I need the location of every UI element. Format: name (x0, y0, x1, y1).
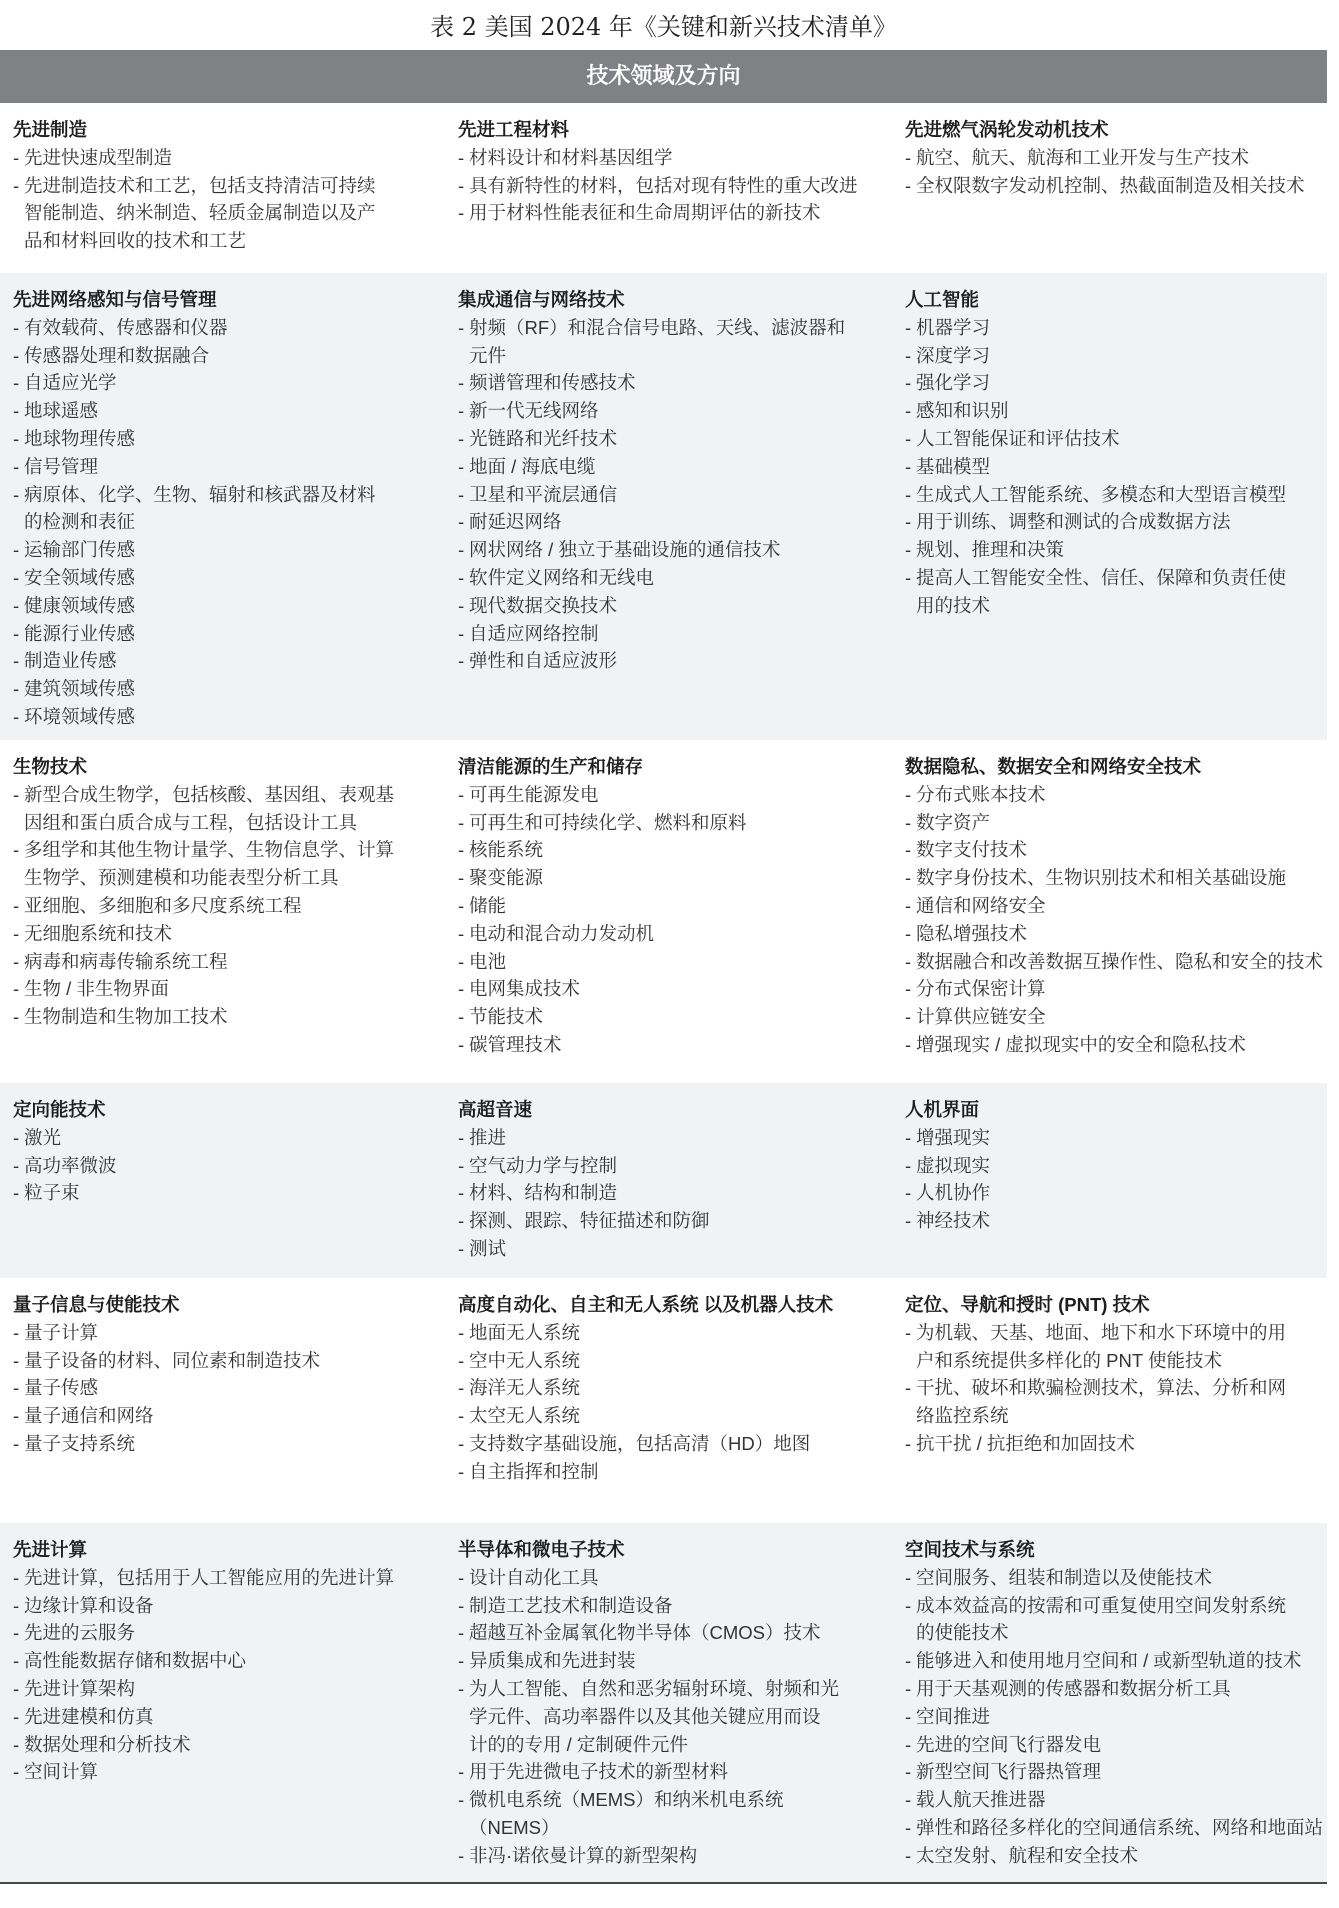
bullet-dash: - (13, 453, 24, 481)
technology-item: -为人工智能、自然和恶劣辐射环境、射频和光 学元件、高功率器件以及其他关键应用而… (458, 1675, 839, 1758)
technology-item-text: 环境领域传感 (24, 703, 135, 731)
table-row: 先进网络感知与信号管理-有效载荷、传感器和仪器-传感器处理和数据融合-自适应光学… (0, 273, 1327, 740)
technology-item: -射频（RF）和混合信号电路、天线、滤波器和 元件 (458, 314, 845, 370)
technology-item: -空中无人系统 (458, 1347, 833, 1375)
technology-item: -推进 (458, 1124, 710, 1152)
bullet-dash: - (905, 369, 916, 397)
technology-item-text: 先进制造技术和工艺，包括支持清洁可持续 智能制造、纳米制造、轻质金属制造以及产 … (24, 172, 376, 255)
technology-item-text: 高功率微波 (24, 1152, 117, 1180)
technology-item-text: 隐私增强技术 (916, 920, 1027, 948)
technology-item: -规划、推理和决策 (905, 536, 1286, 564)
technology-item: -用于天基观测的传感器和数据分析工具 (905, 1675, 1323, 1703)
technology-item-text: 碳管理技术 (469, 1031, 562, 1059)
technology-item-text: 健康领域传感 (24, 592, 135, 620)
bullet-dash: - (905, 1675, 916, 1703)
bullet-dash: - (905, 1814, 916, 1842)
technology-item: -异质集成和先进封装 (458, 1647, 839, 1675)
technology-item-text: 空间推进 (916, 1703, 990, 1731)
technology-item: -数字资产 (905, 809, 1323, 837)
technology-item-text: 无细胞系统和技术 (24, 920, 172, 948)
technology-item-text: 数字身份技术、生物识别技术和相关基础设施 (916, 864, 1286, 892)
bullet-dash: - (13, 1675, 24, 1703)
technology-item-text: 空中无人系统 (469, 1347, 580, 1375)
technology-item-text: 储能 (469, 892, 506, 920)
technology-item-text: 量子通信和网络 (24, 1402, 154, 1430)
bullet-dash: - (13, 1731, 24, 1759)
technology-item-text: 具有新特性的材料，包括对现有特性的重大改进 (469, 172, 858, 200)
technology-item-text: 能源行业传感 (24, 620, 135, 648)
technology-item: -地面 / 海底电缆 (458, 453, 845, 481)
table-header-label: 技术领域及方向 (586, 64, 740, 89)
technology-item: -海洋无人系统 (458, 1374, 833, 1402)
bullet-dash: - (13, 975, 24, 1003)
technology-item-text: 数据融合和改善数据互操作性、隐私和安全的技术 (916, 948, 1323, 976)
table-row: 生物技术-新型合成生物学，包括核酸、基因组、表观基 因组和蛋白质合成与工程，包括… (0, 740, 1327, 1083)
table-row: 先进计算-先进计算，包括用于人工智能应用的先进计算-边缘计算和设备-先进的云服务… (0, 1523, 1327, 1882)
technology-item-text: 为机载、天基、地面、地下和水下环境中的用 户和系统提供多样化的 PNT 使能技术 (916, 1319, 1286, 1375)
bullet-dash: - (458, 864, 469, 892)
bullet-dash: - (458, 369, 469, 397)
technology-item-text: 微机电系统（MEMS）和纳米机电系统 （NEMS） (469, 1786, 784, 1842)
technology-item-text: 地球物理传感 (24, 425, 135, 453)
technology-item: -感知和识别 (905, 397, 1286, 425)
category-cell: 量子信息与使能技术-量子计算-量子设备的材料、同位素和制造技术-量子传感-量子通… (13, 1291, 320, 1458)
technology-item: -支持数字基础设施，包括高清（HD）地图 (458, 1430, 833, 1458)
technology-item-text: 地面无人系统 (469, 1319, 580, 1347)
bullet-dash: - (13, 314, 24, 342)
technology-item: -新一代无线网络 (458, 397, 845, 425)
technology-item-text: 增强现实 (916, 1124, 990, 1152)
technology-item: -能源行业传感 (13, 620, 376, 648)
bullet-dash: - (458, 836, 469, 864)
technology-item-text: 地面 / 海底电缆 (469, 453, 595, 481)
category-title: 定向能技术 (13, 1096, 117, 1124)
bullet-dash: - (458, 397, 469, 425)
technology-item: -新型空间飞行器热管理 (905, 1758, 1323, 1786)
bullet-dash: - (13, 836, 24, 864)
technology-item-text: 安全领域传感 (24, 564, 135, 592)
technology-item-text: 生成式人工智能系统、多模态和大型语言模型 (916, 481, 1286, 509)
category-title: 先进计算 (13, 1536, 394, 1564)
bullet-dash: - (13, 369, 24, 397)
technology-item: -节能技术 (458, 1003, 747, 1031)
bullet-dash: - (13, 1758, 24, 1786)
technology-item: -软件定义网络和无线电 (458, 564, 845, 592)
technology-item-text: 提高人工智能安全性、信任、保障和负责任使 用的技术 (916, 564, 1286, 620)
bullet-dash: - (905, 1842, 916, 1870)
technology-item: -弹性和路径多样化的空间通信系统、网络和地面站 (905, 1814, 1323, 1842)
technology-item: -高功率微波 (13, 1152, 117, 1180)
technology-item: -数据融合和改善数据互操作性、隐私和安全的技术 (905, 948, 1323, 976)
bullet-dash: - (458, 1319, 469, 1347)
technology-item-text: 探测、跟踪、特征描述和防御 (469, 1207, 710, 1235)
technology-item: -新型合成生物学，包括核酸、基因组、表观基 因组和蛋白质合成与工程，包括设计工具 (13, 781, 394, 837)
bullet-dash: - (905, 1731, 916, 1759)
technology-item-text: 海洋无人系统 (469, 1374, 580, 1402)
bullet-dash: - (458, 1592, 469, 1620)
table-caption: 表 2 美国 2024 年《关键和新兴技术清单》 (0, 10, 1327, 44)
bullet-dash: - (13, 781, 24, 809)
category-cell: 先进网络感知与信号管理-有效载荷、传感器和仪器-传感器处理和数据融合-自适应光学… (13, 286, 376, 731)
technology-item: -增强现实 (905, 1124, 990, 1152)
bullet-dash: - (13, 342, 24, 370)
category-title: 清洁能源的生产和储存 (458, 753, 747, 781)
bullet-dash: - (458, 1207, 469, 1235)
technology-item-text: 卫星和平流层通信 (469, 481, 617, 509)
bullet-dash: - (458, 481, 469, 509)
technology-item: -深度学习 (905, 342, 1286, 370)
technology-item: -为机载、天基、地面、地下和水下环境中的用 户和系统提供多样化的 PNT 使能技… (905, 1319, 1286, 1375)
category-title: 集成通信与网络技术 (458, 286, 845, 314)
technology-item: -生物制造和生物加工技术 (13, 1003, 394, 1031)
technology-item-text: 航空、航天、航海和工业开发与生产技术 (916, 144, 1249, 172)
technology-item: -量子设备的材料、同位素和制造技术 (13, 1347, 320, 1375)
category-title: 定位、导航和授时 (PNT) 技术 (905, 1291, 1286, 1319)
technology-item-text: 深度学习 (916, 342, 990, 370)
technology-item: -电池 (458, 948, 747, 976)
technology-item: -有效载荷、传感器和仪器 (13, 314, 376, 342)
bullet-dash: - (905, 397, 916, 425)
technology-item: -先进计算架构 (13, 1675, 394, 1703)
bullet-dash: - (13, 425, 24, 453)
technology-item-text: 耐延迟网络 (469, 508, 562, 536)
bullet-dash: - (458, 1458, 469, 1486)
bullet-dash: - (458, 781, 469, 809)
technology-item-text: 空间服务、组装和制造以及使能技术 (916, 1564, 1212, 1592)
technology-item: -病原体、化学、生物、辐射和核武器及材料 的检测和表征 (13, 481, 376, 537)
category-title: 先进工程材料 (458, 116, 858, 144)
technology-item-text: 聚变能源 (469, 864, 543, 892)
technology-item: -网状网络 / 独立于基础设施的通信技术 (458, 536, 845, 564)
technology-item: -人工智能保证和评估技术 (905, 425, 1286, 453)
bullet-dash: - (13, 1592, 24, 1620)
technology-item: -载人航天推进器 (905, 1786, 1323, 1814)
technology-item: -运输部门传感 (13, 536, 376, 564)
bullet-dash: - (905, 975, 916, 1003)
technology-item-text: 节能技术 (469, 1003, 543, 1031)
technology-item-text: 先进计算，包括用于人工智能应用的先进计算 (24, 1564, 394, 1592)
technology-item-text: 数字支付技术 (916, 836, 1027, 864)
technology-item-text: 高性能数据存储和数据中心 (24, 1647, 246, 1675)
technology-item: -量子通信和网络 (13, 1402, 320, 1430)
technology-item: -制造工艺技术和制造设备 (458, 1592, 839, 1620)
technology-item-text: 生物制造和生物加工技术 (24, 1003, 228, 1031)
technology-item-text: 自主指挥和控制 (469, 1458, 599, 1486)
technology-item: -探测、跟踪、特征描述和防御 (458, 1207, 710, 1235)
bullet-dash: - (905, 342, 916, 370)
technology-item-text: 弹性和路径多样化的空间通信系统、网络和地面站 (916, 1814, 1323, 1842)
table-bottom-rule (0, 1882, 1327, 1884)
bullet-dash: - (13, 1430, 24, 1458)
bullet-dash: - (905, 1207, 916, 1235)
bullet-dash: - (13, 1152, 24, 1180)
bullet-dash: - (905, 809, 916, 837)
bullet-dash: - (458, 647, 469, 675)
technology-item: -测试 (458, 1235, 710, 1263)
technology-item-text: 有效载荷、传感器和仪器 (24, 314, 228, 342)
technology-item: -粒子束 (13, 1179, 117, 1207)
bullet-dash: - (458, 948, 469, 976)
bullet-dash: - (458, 453, 469, 481)
bullet-dash: - (458, 1675, 469, 1703)
table-row: 量子信息与使能技术-量子计算-量子设备的材料、同位素和制造技术-量子传感-量子通… (0, 1278, 1327, 1523)
technology-item-text: 人工智能保证和评估技术 (916, 425, 1120, 453)
technology-item: -通信和网络安全 (905, 892, 1323, 920)
category-title: 人工智能 (905, 286, 1286, 314)
technology-item-text: 量子计算 (24, 1319, 98, 1347)
technology-item: -先进建模和仿真 (13, 1703, 394, 1731)
technology-item: -先进的空间飞行器发电 (905, 1731, 1323, 1759)
technology-item-text: 制造业传感 (24, 647, 117, 675)
category-title: 空间技术与系统 (905, 1536, 1323, 1564)
bullet-dash: - (458, 1402, 469, 1430)
technology-item: -核能系统 (458, 836, 747, 864)
technology-item: -材料、结构和制造 (458, 1179, 710, 1207)
technology-item-text: 支持数字基础设施，包括高清（HD）地图 (469, 1430, 810, 1458)
technology-item: -多组学和其他生物计量学、生物信息学、计算 生物学、预测建模和功能表型分析工具 (13, 836, 394, 892)
category-cell: 高超音速-推进-空气动力学与控制-材料、结构和制造-探测、跟踪、特征描述和防御-… (458, 1096, 710, 1263)
technology-item-text: 生物 / 非生物界面 (24, 975, 169, 1003)
technology-item: -边缘计算和设备 (13, 1592, 394, 1620)
technology-item: -量子计算 (13, 1319, 320, 1347)
bullet-dash: - (13, 564, 24, 592)
technology-item: -全权限数字发动机控制、热截面制造及相关技术 (905, 172, 1305, 200)
technology-item: -微机电系统（MEMS）和纳米机电系统 （NEMS） (458, 1786, 839, 1842)
category-cell: 清洁能源的生产和储存-可再生能源发电-可再生和可持续化学、燃料和原料-核能系统-… (458, 753, 747, 1059)
technology-item-text: 网状网络 / 独立于基础设施的通信技术 (469, 536, 780, 564)
technology-item-text: 用于天基观测的传感器和数据分析工具 (916, 1675, 1231, 1703)
technology-item: -先进的云服务 (13, 1619, 394, 1647)
technology-item: -先进计算，包括用于人工智能应用的先进计算 (13, 1564, 394, 1592)
technology-item-text: 测试 (469, 1235, 506, 1263)
category-cell: 数据隐私、数据安全和网络安全技术-分布式账本技术-数字资产-数字支付技术-数字身… (905, 753, 1323, 1059)
technology-item-text: 数据处理和分析技术 (24, 1731, 191, 1759)
technology-item: -分布式账本技术 (905, 781, 1323, 809)
bullet-dash: - (458, 1003, 469, 1031)
technology-item-text: 量子支持系统 (24, 1430, 135, 1458)
technology-item: -量子传感 (13, 1374, 320, 1402)
technology-item-text: 光链路和光纤技术 (469, 425, 617, 453)
technology-item: -增强现实 / 虚拟现实中的安全和隐私技术 (905, 1031, 1323, 1059)
bullet-dash: - (458, 620, 469, 648)
category-cell: 先进制造-先进快速成型制造-先进制造技术和工艺，包括支持清洁可持续 智能制造、纳… (13, 116, 376, 255)
bullet-dash: - (905, 864, 916, 892)
technology-item-text: 神经技术 (916, 1207, 990, 1235)
technology-item: -制造业传感 (13, 647, 376, 675)
bullet-dash: - (905, 564, 916, 592)
bullet-dash: - (13, 1374, 24, 1402)
technology-item: -隐私增强技术 (905, 920, 1323, 948)
technology-item-text: 通信和网络安全 (916, 892, 1046, 920)
technology-item: -地面无人系统 (458, 1319, 833, 1347)
technology-item: -可再生能源发电 (458, 781, 747, 809)
technology-item: -信号管理 (13, 453, 376, 481)
tech-table-body: 先进制造-先进快速成型制造-先进制造技术和工艺，包括支持清洁可持续 智能制造、纳… (0, 103, 1327, 1882)
technology-item-text: 电网集成技术 (469, 975, 580, 1003)
technology-item-text: 成本效益高的按需和可重复使用空间发射系统 的使能技术 (916, 1592, 1286, 1648)
category-cell: 定向能技术-激光-高功率微波-粒子束 (13, 1096, 117, 1207)
category-title: 生物技术 (13, 753, 394, 781)
technology-item: -储能 (458, 892, 747, 920)
technology-item-text: 人机协作 (916, 1179, 990, 1207)
technology-item-text: 制造工艺技术和制造设备 (469, 1592, 673, 1620)
bullet-dash: - (458, 809, 469, 837)
technology-item-text: 量子传感 (24, 1374, 98, 1402)
technology-item-text: 先进快速成型制造 (24, 144, 172, 172)
technology-item: -生成式人工智能系统、多模态和大型语言模型 (905, 481, 1286, 509)
technology-item-text: 数字资产 (916, 809, 990, 837)
category-cell: 先进计算-先进计算，包括用于人工智能应用的先进计算-边缘计算和设备-先进的云服务… (13, 1536, 394, 1786)
technology-item-text: 虚拟现实 (916, 1152, 990, 1180)
technology-item: -病毒和病毒传输系统工程 (13, 948, 394, 976)
technology-item: -提高人工智能安全性、信任、保障和负责任使 用的技术 (905, 564, 1286, 620)
technology-item-text: 先进计算架构 (24, 1675, 135, 1703)
technology-item: -空间服务、组装和制造以及使能技术 (905, 1564, 1323, 1592)
bullet-dash: - (458, 1619, 469, 1647)
technology-item-text: 病毒和病毒传输系统工程 (24, 948, 228, 976)
bullet-dash: - (13, 1124, 24, 1152)
technology-item: -可再生和可持续化学、燃料和原料 (458, 809, 747, 837)
technology-item-text: 现代数据交换技术 (469, 592, 617, 620)
technology-item-text: 分布式保密计算 (916, 975, 1046, 1003)
bullet-dash: - (458, 1152, 469, 1180)
technology-item: -先进制造技术和工艺，包括支持清洁可持续 智能制造、纳米制造、轻质金属制造以及产… (13, 172, 376, 255)
category-cell: 集成通信与网络技术-射频（RF）和混合信号电路、天线、滤波器和 元件-频谱管理和… (458, 286, 845, 675)
bullet-dash: - (458, 536, 469, 564)
technology-item: -耐延迟网络 (458, 508, 845, 536)
technology-item: -干扰、破坏和欺骗检测技术，算法、分析和网 络监控系统 (905, 1374, 1286, 1430)
technology-item-text: 推进 (469, 1124, 506, 1152)
bullet-dash: - (458, 1430, 469, 1458)
technology-item-text: 传感器处理和数据融合 (24, 342, 209, 370)
bullet-dash: - (905, 1031, 916, 1059)
bullet-dash: - (458, 314, 469, 342)
bullet-dash: - (13, 1647, 24, 1675)
technology-item: -用于训练、调整和测试的合成数据方法 (905, 508, 1286, 536)
technology-item: -基础模型 (905, 453, 1286, 481)
bullet-dash: - (13, 675, 24, 703)
bullet-dash: - (13, 1347, 24, 1375)
bullet-dash: - (13, 1319, 24, 1347)
technology-item: -地球物理传感 (13, 425, 376, 453)
bullet-dash: - (13, 1402, 24, 1430)
technology-item-text: 增强现实 / 虚拟现实中的安全和隐私技术 (916, 1031, 1246, 1059)
bullet-dash: - (905, 948, 916, 976)
bullet-dash: - (905, 781, 916, 809)
technology-item: -数据处理和分析技术 (13, 1731, 394, 1759)
technology-item: -现代数据交换技术 (458, 592, 845, 620)
category-cell: 定位、导航和授时 (PNT) 技术-为机载、天基、地面、地下和水下环境中的用 户… (905, 1291, 1286, 1458)
bullet-dash: - (13, 144, 24, 172)
technology-item-text: 弹性和自适应波形 (469, 647, 617, 675)
technology-item: -激光 (13, 1124, 117, 1152)
bullet-dash: - (905, 1319, 916, 1347)
technology-item-text: 空气动力学与控制 (469, 1152, 617, 1180)
technology-item-text: 强化学习 (916, 369, 990, 397)
technology-item: -空间计算 (13, 1758, 394, 1786)
bullet-dash: - (458, 1031, 469, 1059)
technology-item: -强化学习 (905, 369, 1286, 397)
technology-item-text: 异质集成和先进封装 (469, 1647, 636, 1675)
technology-item: -具有新特性的材料，包括对现有特性的重大改进 (458, 172, 858, 200)
bullet-dash: - (13, 620, 24, 648)
technology-item: -卫星和平流层通信 (458, 481, 845, 509)
technology-item-text: 设计自动化工具 (469, 1564, 599, 1592)
technology-item: -分布式保密计算 (905, 975, 1323, 1003)
bullet-dash: - (458, 1842, 469, 1870)
technology-item-text: 建筑领域传感 (24, 675, 135, 703)
technology-item: -用于先进微电子技术的新型材料 (458, 1758, 839, 1786)
bullet-dash: - (905, 836, 916, 864)
bullet-dash: - (458, 975, 469, 1003)
technology-item-text: 电动和混合动力发动机 (469, 920, 654, 948)
bullet-dash: - (458, 1564, 469, 1592)
bullet-dash: - (905, 536, 916, 564)
bullet-dash: - (13, 397, 24, 425)
bullet-dash: - (905, 892, 916, 920)
technology-item: -光链路和光纤技术 (458, 425, 845, 453)
technology-item-text: 抗干扰 / 抗拒绝和加固技术 (916, 1430, 1135, 1458)
bullet-dash: - (13, 592, 24, 620)
technology-item: -非冯·诺依曼计算的新型架构 (458, 1842, 839, 1870)
technology-item-text: 可再生能源发电 (469, 781, 599, 809)
bullet-dash: - (13, 920, 24, 948)
bullet-dash: - (458, 1179, 469, 1207)
technology-item: -碳管理技术 (458, 1031, 747, 1059)
bullet-dash: - (458, 1647, 469, 1675)
technology-item: -计算供应链安全 (905, 1003, 1323, 1031)
technology-item-text: 太空发射、航程和安全技术 (916, 1842, 1138, 1870)
technology-item: -聚变能源 (458, 864, 747, 892)
technology-item-text: 用于训练、调整和测试的合成数据方法 (916, 508, 1231, 536)
technology-item-text: 新一代无线网络 (469, 397, 599, 425)
category-cell: 人机界面-增强现实-虚拟现实-人机协作-神经技术 (905, 1096, 990, 1235)
bullet-dash: - (905, 1003, 916, 1031)
technology-item-text: 新型合成生物学，包括核酸、基因组、表观基 因组和蛋白质合成与工程，包括设计工具 (24, 781, 394, 837)
category-title: 先进燃气涡轮发动机技术 (905, 116, 1305, 144)
bullet-dash: - (13, 1003, 24, 1031)
technology-item-text: 激光 (24, 1124, 61, 1152)
technology-item-text: 规划、推理和决策 (916, 536, 1064, 564)
bullet-dash: - (458, 508, 469, 536)
bullet-dash: - (13, 1703, 24, 1731)
bullet-dash: - (905, 1564, 916, 1592)
bullet-dash: - (905, 481, 916, 509)
bullet-dash: - (458, 172, 469, 200)
bullet-dash: - (458, 1347, 469, 1375)
technology-item-text: 病原体、化学、生物、辐射和核武器及材料 的检测和表征 (24, 481, 376, 537)
bullet-dash: - (458, 1786, 469, 1814)
bullet-dash: - (905, 1647, 916, 1675)
technology-item-text: 干扰、破坏和欺骗检测技术，算法、分析和网 络监控系统 (916, 1374, 1286, 1430)
bullet-dash: - (13, 647, 24, 675)
technology-item: -空气动力学与控制 (458, 1152, 710, 1180)
technology-item: -自适应光学 (13, 369, 376, 397)
bullet-dash: - (905, 1124, 916, 1152)
category-title: 高度自动化、自主和无人系统 以及机器人技术 (458, 1291, 833, 1319)
bullet-dash: - (458, 199, 469, 227)
technology-item-text: 亚细胞、多细胞和多尺度系统工程 (24, 892, 302, 920)
bullet-dash: - (905, 1430, 916, 1458)
technology-item-text: 信号管理 (24, 453, 98, 481)
technology-item: -设计自动化工具 (458, 1564, 839, 1592)
technology-item: -抗干扰 / 抗拒绝和加固技术 (905, 1430, 1286, 1458)
technology-item: -量子支持系统 (13, 1430, 320, 1458)
technology-item: -人机协作 (905, 1179, 990, 1207)
category-title: 高超音速 (458, 1096, 710, 1124)
category-cell: 半导体和微电子技术-设计自动化工具-制造工艺技术和制造设备-超越互补金属氧化物半… (458, 1536, 839, 1870)
technology-item: -虚拟现实 (905, 1152, 990, 1180)
